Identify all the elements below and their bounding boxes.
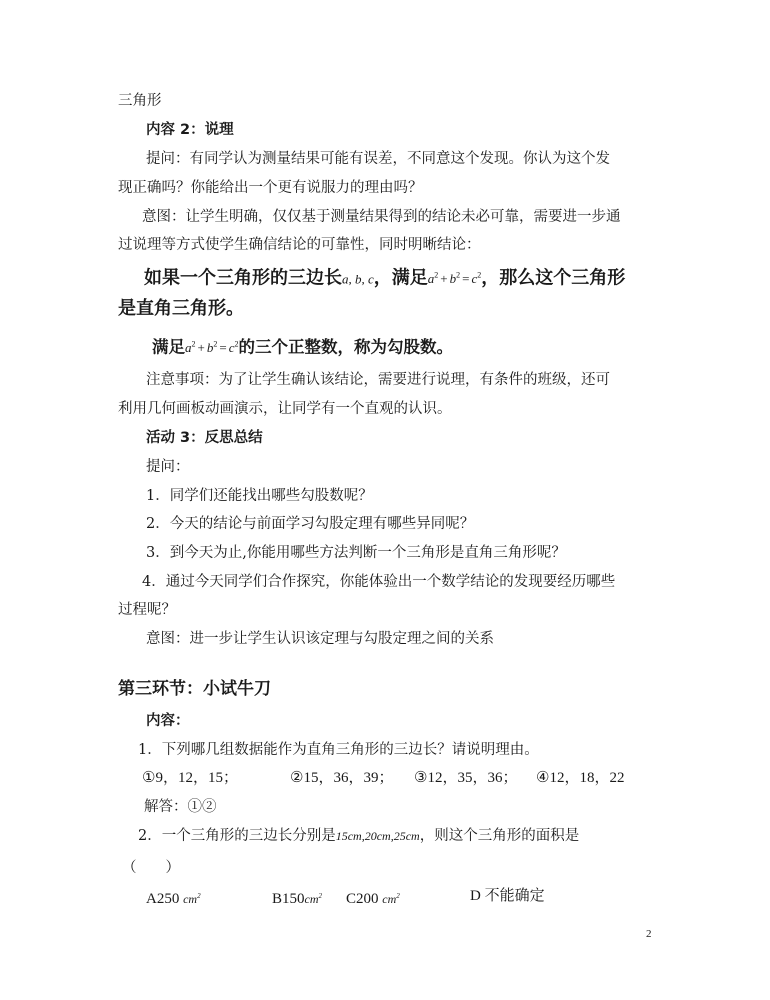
- list-item: 1．同学们还能找出哪些勾股数呢？: [146, 486, 373, 506]
- question-2-option-b: B150cm2: [272, 886, 322, 909]
- question-1-option: ②15，36，39；: [290, 768, 393, 788]
- section-title: 第三环节：小试牛刀: [118, 677, 271, 701]
- answer-text: 解答：①②: [144, 797, 217, 817]
- question-2-option-d: D 不能确定: [470, 886, 545, 906]
- question-1-option: ④12，18，22: [536, 768, 624, 788]
- subheading-activity-3: 活动 3：反思总结: [146, 428, 263, 448]
- text-line: 意图：进一步让学生认识该定理与勾股定理之间的关系: [146, 629, 494, 649]
- list-item: 3．到今天为止,你能用哪些方法判断一个三角形是直角三角形呢？: [146, 543, 566, 563]
- text-line: 注意事项：为了让学生确认该结论，需要进行说理，有条件的班级，还可: [146, 370, 610, 390]
- text-line: 意图：让学生明确，仅仅基于测量结果得到的结论未必可靠，需要进一步通: [142, 207, 621, 227]
- text-line: 提问：: [146, 457, 190, 477]
- text-line: 三角形: [118, 91, 162, 111]
- subheading-content-2: 内容 2：说理: [146, 120, 234, 140]
- page-number: 2: [646, 928, 652, 940]
- answer-blank: （ ）: [122, 858, 180, 878]
- list-item: 4．通过今天同学们合作探究，你能体验出一个数学结论的发现要经历哪些: [142, 572, 615, 592]
- text-line: 提问：有同学认为测量结果可能有误差，不同意这个发现。你认为这个发: [146, 149, 610, 169]
- side-variables: a, b, c: [342, 271, 374, 286]
- question-1-option: ①9，12，15；: [142, 768, 238, 788]
- text-line: 过说理等方式使学生确信结论的可靠性，同时明晰结论：: [118, 235, 481, 255]
- theorem-text: ，那么这个三角形: [481, 267, 625, 288]
- theorem-text: 如果一个三角形的三边长: [144, 267, 342, 288]
- question-2: 2．一个三角形的三边长分别是15cm,20cm,25cm，则这个三角形的面积是: [138, 826, 579, 846]
- question-1: 1．下列哪几组数据能作为直角三角形的三边长？请说明理由。: [138, 740, 539, 760]
- question-2-option-c: C200 cm2: [346, 886, 400, 909]
- theorem-statement: 如果一个三角形的三边长a, b, c，满足a2+b2=c2，那么这个三角形: [144, 264, 625, 291]
- theorem-statement-cont: 是直角三角形。: [118, 297, 244, 321]
- text-line: 过程呢？: [118, 600, 176, 620]
- pythagorean-formula: a2+b2=c2: [428, 271, 481, 286]
- question-1-option: ③12，35，36；: [414, 768, 517, 788]
- list-item: 2．今天的结论与前面学习勾股定理有哪些异同呢？: [146, 514, 474, 534]
- subheading-content: 内容：: [146, 711, 190, 731]
- text-line: 现正确吗？你能给出一个更有说服力的理由吗？: [118, 178, 423, 198]
- text-line: 利用几何画板动画演示，让同学有一个直观的认识。: [118, 399, 452, 419]
- question-2-option-a: A250 cm2: [146, 886, 201, 909]
- theorem-text: ，满足: [374, 267, 428, 288]
- definition-pythagorean-triple: 满足a2+b2=c2的三个正整数，称为勾股数。: [152, 334, 453, 359]
- pythagorean-formula: a2+b2=c2: [185, 340, 238, 355]
- side-lengths: 15cm,20cm,25cm: [336, 829, 420, 843]
